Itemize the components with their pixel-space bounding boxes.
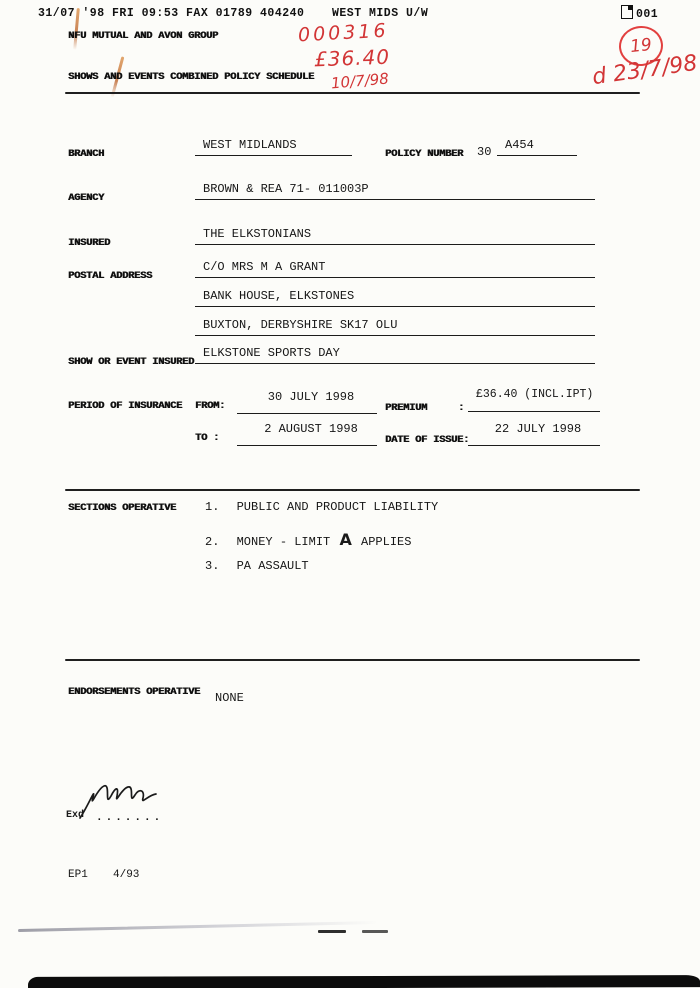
section-item-2-text-before: MONEY - LIMIT bbox=[237, 535, 331, 549]
section-item-3-text: PA ASSAULT bbox=[237, 559, 309, 573]
handwritten-amount: £36.40 bbox=[314, 45, 391, 72]
period-of-insurance-label: PERIOD OF INSURANCE bbox=[68, 400, 182, 412]
premium-label: PREMIUM bbox=[385, 402, 427, 414]
section-item-2: 2. MONEY - LIMIT A APPLIES bbox=[205, 530, 411, 549]
period-from-value: 30 JULY 1998 bbox=[237, 390, 377, 414]
scan-edge-black-band bbox=[28, 975, 700, 988]
scan-dash-mark bbox=[362, 930, 388, 933]
fax-page-counter: 001 bbox=[621, 5, 658, 21]
endorsements-value: NONE bbox=[215, 691, 244, 705]
section-item-1-text: PUBLIC AND PRODUCT LIABILITY bbox=[237, 500, 439, 514]
scan-dash-mark bbox=[318, 930, 346, 933]
form-code: EP1 bbox=[68, 869, 88, 881]
postal-address-line-2: BANK HOUSE, ELKSTONES bbox=[195, 289, 595, 307]
handwritten-ref-number: 000316 bbox=[297, 20, 389, 47]
policy-number-label: POLICY NUMBER bbox=[385, 148, 463, 160]
period-to-label: TO : bbox=[195, 432, 219, 444]
show-or-event-value: ELKSTONE SPORTS DAY bbox=[195, 346, 595, 364]
section-item-2-handwritten-limit: A bbox=[339, 530, 351, 549]
section-item-2-num: 2. bbox=[205, 535, 219, 549]
premium-colon: : bbox=[458, 402, 464, 414]
sections-operative-label: SECTIONS OPERATIVE bbox=[68, 502, 176, 514]
period-to-value: 2 AUGUST 1998 bbox=[237, 422, 377, 446]
handwritten-date-small: 10/7/98 bbox=[330, 70, 389, 93]
branch-label: BRANCH bbox=[68, 148, 104, 160]
postal-address-label: POSTAL ADDRESS bbox=[68, 270, 152, 282]
document-title: SHOWS AND EVENTS COMBINED POLICY SCHEDUL… bbox=[68, 71, 314, 83]
fax-page-number: 001 bbox=[636, 8, 658, 21]
section-item-1: 1. PUBLIC AND PRODUCT LIABILITY bbox=[205, 500, 438, 514]
insured-value: THE ELKSTONIANS bbox=[195, 227, 595, 245]
company-name: NFU MUTUAL AND AVON GROUP bbox=[68, 30, 218, 42]
scanned-fax-document: 31/07 '98 FRI 09:53 FAX 01789 404240 WES… bbox=[0, 0, 700, 988]
premium-value: £36.40 (INCL.IPT) bbox=[468, 388, 600, 412]
page-icon bbox=[621, 5, 633, 19]
section-item-3-num: 3. bbox=[205, 559, 219, 573]
fax-recipient: WEST MIDS U/W bbox=[332, 7, 428, 20]
title-rule bbox=[65, 92, 640, 94]
signature-dotted-line: ....... bbox=[96, 812, 163, 824]
section-item-1-num: 1. bbox=[205, 500, 219, 514]
period-from-label: FROM: bbox=[195, 400, 225, 412]
form-version: 4/93 bbox=[113, 869, 139, 881]
show-or-event-label: SHOW OR EVENT INSURED bbox=[68, 356, 194, 368]
circled-number-value: 19 bbox=[629, 35, 653, 57]
date-of-issue-label: DATE OF ISSUE: bbox=[385, 434, 469, 446]
policy-number-prefix: 30 bbox=[477, 145, 491, 159]
agency-value: BROWN & REA 71- 011003P bbox=[195, 182, 595, 200]
insured-label: INSURED bbox=[68, 237, 110, 249]
branch-value: WEST MIDLANDS bbox=[195, 138, 352, 156]
section-rule bbox=[65, 489, 640, 491]
endorsements-rule bbox=[65, 659, 640, 661]
section-item-3: 3. PA ASSAULT bbox=[205, 559, 309, 573]
postal-address-line-3: BUXTON, DERBYSHIRE SK17 OLU bbox=[195, 318, 595, 336]
section-item-2-text-after: APPLIES bbox=[361, 535, 411, 549]
agency-label: AGENCY bbox=[68, 192, 104, 204]
endorsements-operative-label: ENDORSEMENTS OPERATIVE bbox=[68, 686, 200, 698]
date-of-issue-value: 22 JULY 1998 bbox=[468, 422, 600, 446]
postal-address-line-1: C/O MRS M A GRANT bbox=[195, 260, 595, 278]
policy-number-value: A454 bbox=[497, 138, 577, 156]
